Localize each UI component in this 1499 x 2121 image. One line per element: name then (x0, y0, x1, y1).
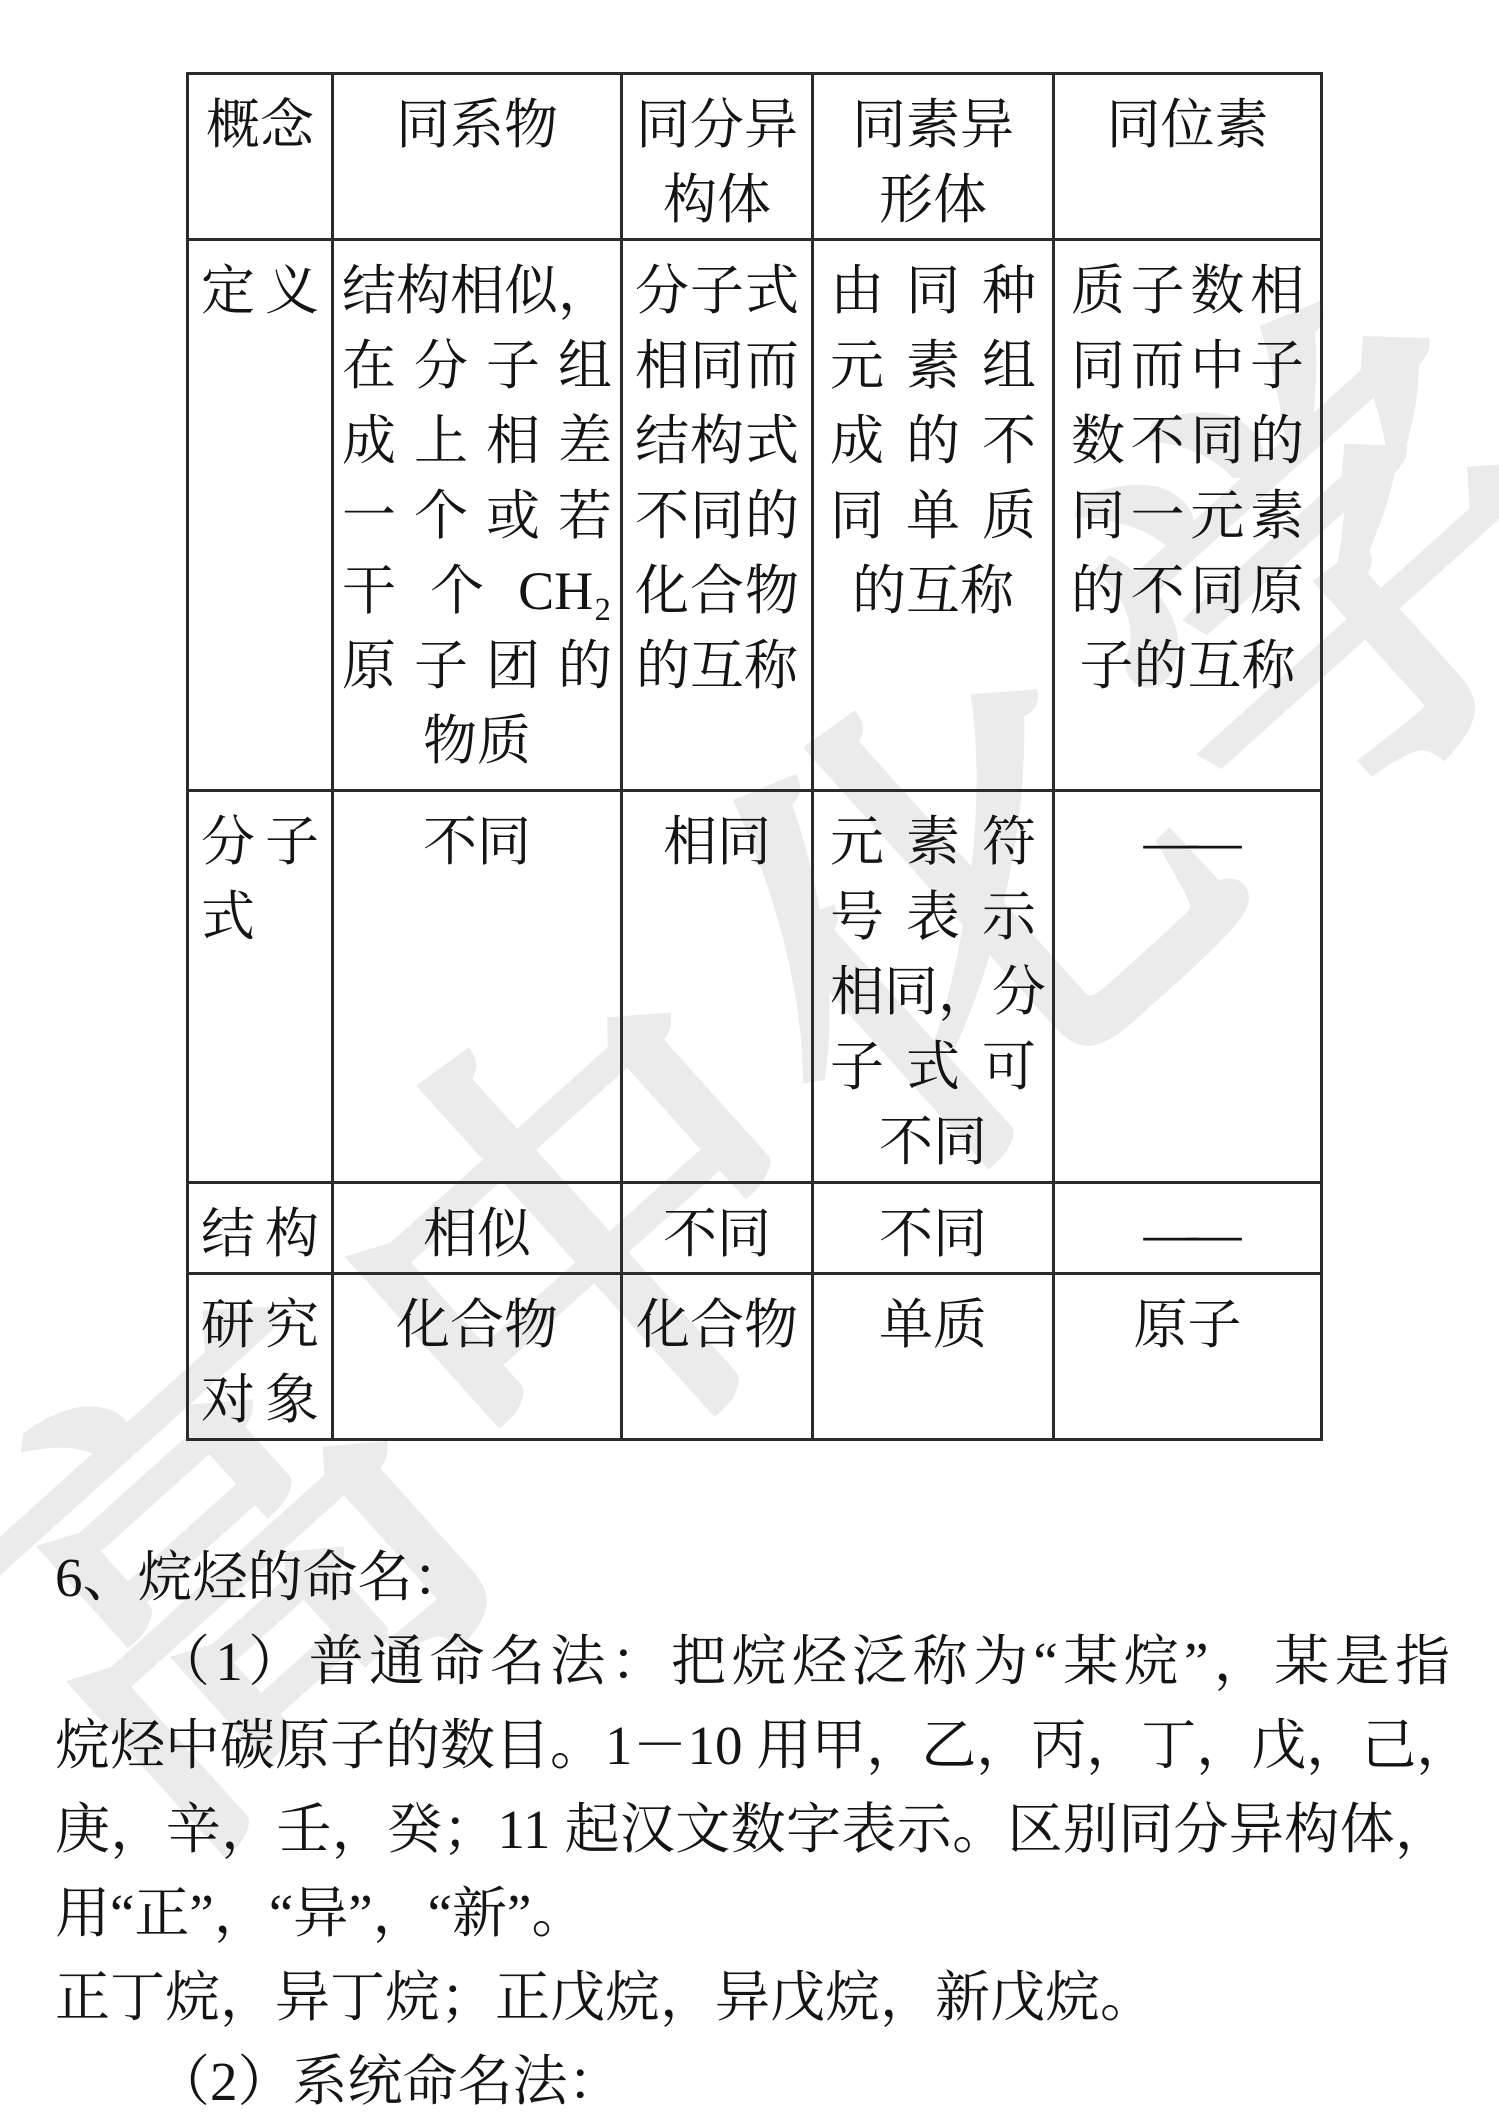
table-cell: 相似 (333, 1183, 622, 1274)
paragraph-line: 用“正”，“异”，“新”。 (55, 1872, 1450, 1956)
body-text-block: 6、烷烃的命名： （1）普通命名法：把烷烃泛称为“某烷”，某是指 烷烃中碳原子的… (55, 1536, 1450, 2121)
table-cell: 单质 (813, 1274, 1054, 1440)
table-cell: 不同 (813, 1183, 1054, 1274)
table-cell: 结构相似，在分子组成上相差一个或若干个CH₂原子团的物质 (333, 240, 622, 791)
table-cell: 不同 (622, 1183, 813, 1274)
row-label: 研究对象 (188, 1274, 333, 1440)
document-page: 高中化学 概念同系物同分异构体同素异形体同位素 定义结构相似，在分子组成上相差一… (0, 0, 1499, 2121)
header-cell: 概念 (188, 74, 333, 240)
table-row: 分子式不同相同元素符号表示相同，分子式可不同—— (188, 791, 1322, 1183)
paragraph-line: （1）普通命名法：把烷烃泛称为“某烷”，某是指 (55, 1620, 1450, 1704)
paragraph-line: 正丁烷，异丁烷；正戊烷，异戊烷，新戊烷。 (55, 1956, 1450, 2040)
table-cell: 元素符号表示相同，分子式可不同 (813, 791, 1054, 1183)
table-body: 定义结构相似，在分子组成上相差一个或若干个CH₂原子团的物质分子式相同而结构式不… (188, 240, 1322, 1440)
table-cell: 由同种元素组成的不同单质的互称 (813, 240, 1054, 791)
paragraph-line: （2）系统命名法： (55, 2040, 1450, 2121)
table-cell: 分子式相同而结构式不同的化合物的互称 (622, 240, 813, 791)
table-cell: —— (1054, 1183, 1322, 1274)
table-row: 研究对象化合物化合物单质原子 (188, 1274, 1322, 1440)
paragraph-line: 烷烃中碳原子的数目。1－10 用甲，乙，丙，丁，戊，己， (55, 1704, 1450, 1788)
table-cell: 化合物 (333, 1274, 622, 1440)
table-cell: 质子数相同而中子数不同的同一元素的不同原子的互称 (1054, 240, 1322, 791)
table-cell: —— (1054, 791, 1322, 1183)
row-label: 结构 (188, 1183, 333, 1274)
paragraph-line: 庚，辛，壬，癸；11 起汉文数字表示。区别同分异构体， (55, 1788, 1450, 1872)
header-cell: 同位素 (1054, 74, 1322, 240)
row-label: 分子式 (188, 791, 333, 1183)
row-label: 定义 (188, 240, 333, 791)
header-cell: 同分异构体 (622, 74, 813, 240)
concept-comparison-table: 概念同系物同分异构体同素异形体同位素 定义结构相似，在分子组成上相差一个或若干个… (186, 72, 1323, 1441)
section-heading: 6、烷烃的命名： (55, 1536, 1450, 1620)
table-header-row: 概念同系物同分异构体同素异形体同位素 (188, 74, 1322, 240)
table-row: 定义结构相似，在分子组成上相差一个或若干个CH₂原子团的物质分子式相同而结构式不… (188, 240, 1322, 791)
header-cell: 同系物 (333, 74, 622, 240)
table-row: 概念同系物同分异构体同素异形体同位素 (188, 74, 1322, 240)
table-cell: 原子 (1054, 1274, 1322, 1440)
table-row: 结构相似不同不同—— (188, 1183, 1322, 1274)
header-cell: 同素异形体 (813, 74, 1054, 240)
table-cell: 不同 (333, 791, 622, 1183)
table-cell: 相同 (622, 791, 813, 1183)
table-cell: 化合物 (622, 1274, 813, 1440)
